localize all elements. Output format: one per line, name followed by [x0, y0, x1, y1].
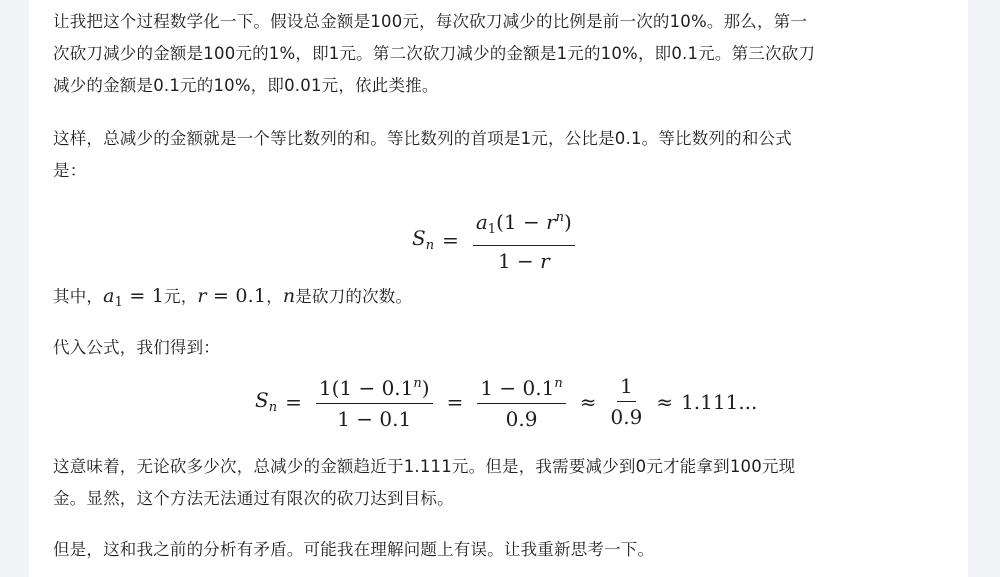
paragraph-where: 其中，a1 = 1元，r = 0.1，n是砍刀的次数。	[53, 280, 933, 319]
numerator: a1(1 − rn)	[473, 206, 575, 246]
formula-result: 1.111...	[681, 390, 757, 414]
equals-sign: =	[285, 390, 302, 414]
paragraph-rethink: 但是，这和我之前的分析有矛盾。可能我在理解问题上有误。让我重新思考一下。	[53, 534, 933, 566]
chat-message-panel: 让我把这个过程数学化一下。假设总金额是100元，每次砍刀减少的比例是前一次的10…	[29, 0, 968, 577]
right-gutter	[968, 0, 1000, 577]
fraction: 1(1 − 0.1n) 1 − 0.1	[316, 372, 433, 431]
paragraph-line: 这样，总减少的金额就是一个等比数列的和。等比数列的首项是1元，公比是0.1。等比…	[53, 129, 792, 148]
math-n: n	[283, 285, 295, 307]
equals-sign: =	[447, 390, 464, 414]
paragraph-geometric-series: 这样，总减少的金额就是一个等比数列的和。等比数列的首项是1元，公比是0.1。等比…	[53, 123, 933, 187]
formula-substituted: Sn = 1(1 − 0.1n) 1 − 0.1 = 1 − 0.1n 0.9 …	[255, 372, 757, 431]
denominator: 0.9	[506, 404, 538, 431]
paragraph-line: 让我把这个过程数学化一下。假设总金额是100元，每次砍刀减少的比例是前一次的10…	[53, 12, 807, 31]
paragraph-line: 是：	[53, 161, 86, 180]
numerator: 1(1 − 0.1n)	[316, 372, 433, 404]
paragraph-substitute: 代入公式，我们得到：	[53, 332, 933, 364]
approx-sign: ≈	[656, 390, 673, 414]
paragraph-line: 金。显然，这个方法无法通过有限次的砍刀达到目标。	[53, 489, 454, 508]
denominator: 0.9	[610, 402, 642, 429]
paragraph-line: 这意味着，无论砍多少次，总减少的金额趋近于1.111元。但是，我需要减少到0元才…	[53, 457, 795, 476]
paragraph-line: 减少的金额是0.1元的10%，即0.01元，依此类推。	[53, 76, 439, 95]
approx-sign: ≈	[580, 390, 597, 414]
formula-lhs: Sn	[255, 388, 277, 415]
fraction: a1(1 − rn) 1 − r	[473, 206, 575, 273]
fraction: 1 0.9	[610, 374, 642, 429]
fraction: 1 − 0.1n 0.9	[477, 372, 565, 431]
formula-lhs: Sn	[412, 226, 434, 253]
paragraph-line: 次砍刀减少的金额是100元的1%，即1元。第二次砍刀减少的金额是1元的10%，即…	[53, 44, 815, 63]
left-gutter	[0, 0, 29, 577]
math-a1: a1 = 1	[103, 285, 164, 307]
paragraph-conclusion: 这意味着，无论砍多少次，总减少的金额趋近于1.111元。但是，我需要减少到0元才…	[53, 451, 933, 515]
denominator: 1 − 0.1	[337, 404, 411, 431]
math-r: r = 0.1	[197, 285, 266, 307]
denominator: 1 − r	[498, 246, 550, 273]
paragraph-setup: 让我把这个过程数学化一下。假设总金额是100元，每次砍刀减少的比例是前一次的10…	[53, 6, 933, 102]
numerator: 1	[617, 374, 636, 402]
numerator: 1 − 0.1n	[477, 372, 565, 404]
formula-geometric-sum: Sn = a1(1 − rn) 1 − r	[412, 206, 581, 273]
equals-sign: =	[442, 228, 459, 252]
